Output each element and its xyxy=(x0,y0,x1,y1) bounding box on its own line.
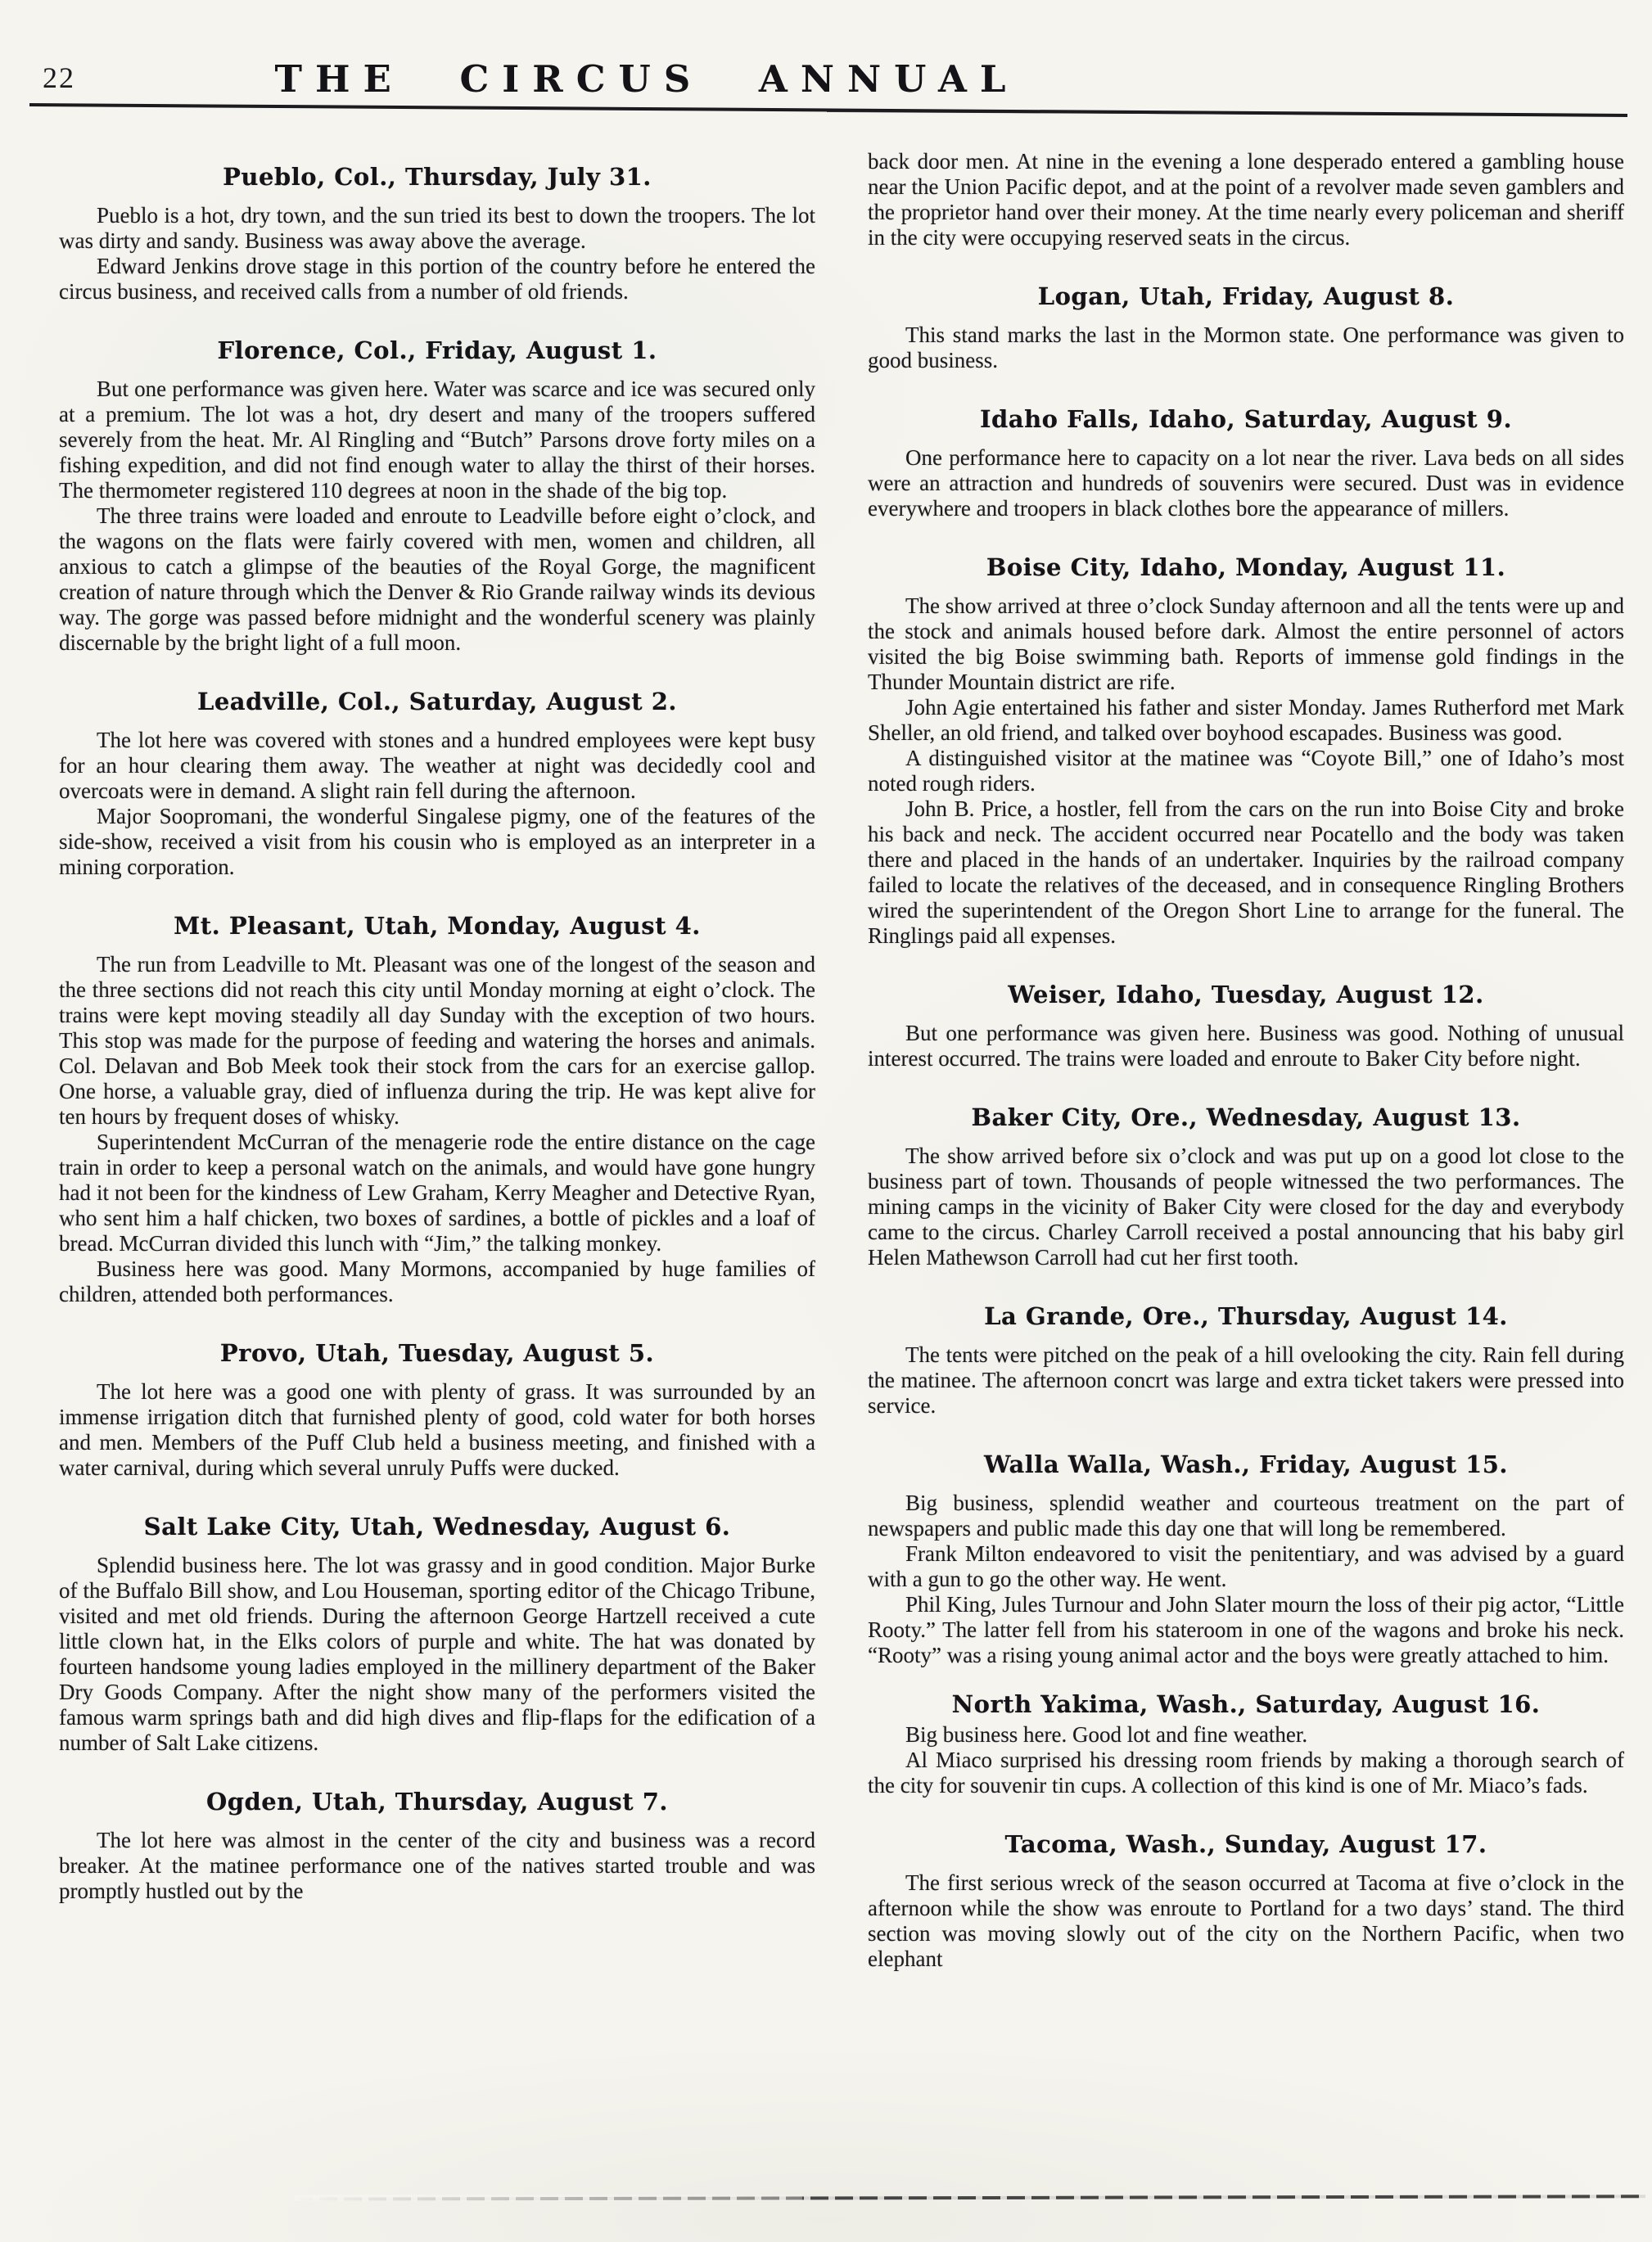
diary-section: Provo, Utah, Tuesday, August 5.The lot h… xyxy=(59,1338,815,1481)
paragraph: The run from Leadville to Mt. Pleasant w… xyxy=(59,952,815,1130)
section-heading: Salt Lake City, Utah, Wednesday, August … xyxy=(59,1512,815,1541)
section-heading: Provo, Utah, Tuesday, August 5. xyxy=(59,1338,815,1368)
section-heading: Pueblo, Col., Thursday, July 31. xyxy=(59,162,815,192)
scan-artifact-fade xyxy=(295,2195,802,2201)
paragraph: Splendid business here. The lot was gras… xyxy=(59,1553,815,1756)
paragraph: back door men. At nine in the evening a … xyxy=(868,149,1624,250)
paragraph: This stand marks the last in the Mormon … xyxy=(868,323,1624,373)
paragraph: Pueblo is a hot, dry town, and the sun t… xyxy=(59,203,815,254)
paragraph: Major Soopromani, the wonderful Singales… xyxy=(59,804,815,880)
section-heading: Logan, Utah, Friday, August 8. xyxy=(868,282,1624,311)
page-title: THE CIRCUS ANNUAL xyxy=(0,57,1293,101)
two-column-text-block: Pueblo, Col., Thursday, July 31.Pueblo i… xyxy=(0,129,1652,1972)
paragraph: The lot here was a good one with plenty … xyxy=(59,1379,815,1481)
section-heading: Idaho Falls, Idaho, Saturday, August 9. xyxy=(868,404,1624,434)
paragraph: A distinguished visitor at the matinee w… xyxy=(868,746,1624,796)
diary-section: Weiser, Idaho, Tuesday, August 12.But on… xyxy=(868,980,1624,1071)
section-heading: Mt. Pleasant, Utah, Monday, August 4. xyxy=(59,911,815,941)
paragraph: The show arrived before six o’clock and … xyxy=(868,1144,1624,1270)
paragraph: John Agie entertained his father and sis… xyxy=(868,695,1624,746)
diary-section: Florence, Col., Friday, August 1.But one… xyxy=(59,336,815,656)
paragraph: But one performance was given here. Wate… xyxy=(59,377,815,503)
diary-section: Leadville, Col., Saturday, August 2.The … xyxy=(59,687,815,880)
diary-section: Idaho Falls, Idaho, Saturday, August 9.O… xyxy=(868,404,1624,521)
diary-section: Tacoma, Wash., Sunday, August 17.The fir… xyxy=(868,1829,1624,1972)
paragraph: Superintendent McCurran of the menagerie… xyxy=(59,1130,815,1256)
section-heading: Weiser, Idaho, Tuesday, August 12. xyxy=(868,980,1624,1009)
section-heading: Baker City, Ore., Wednesday, August 13. xyxy=(868,1103,1624,1132)
section-heading: Ogden, Utah, Thursday, August 7. xyxy=(59,1787,815,1816)
section-heading: North Yakima, Wash., Saturday, August 16… xyxy=(868,1689,1624,1719)
paragraph: But one performance was given here. Busi… xyxy=(868,1021,1624,1071)
paragraph: Big business here. Good lot and fine wea… xyxy=(868,1722,1624,1748)
diary-section: North Yakima, Wash., Saturday, August 16… xyxy=(868,1689,1624,1798)
paragraph: The lot here was almost in the center of… xyxy=(59,1828,815,1904)
diary-section: Walla Walla, Wash., Friday, August 15.Bi… xyxy=(868,1450,1624,1668)
page-header: 22 THE CIRCUS ANNUAL xyxy=(0,0,1652,129)
diary-section: Baker City, Ore., Wednesday, August 13.T… xyxy=(868,1103,1624,1270)
paragraph: Business here was good. Many Mormons, ac… xyxy=(59,1256,815,1307)
diary-section: La Grande, Ore., Thursday, August 14.The… xyxy=(868,1301,1624,1419)
diary-section: Salt Lake City, Utah, Wednesday, August … xyxy=(59,1512,815,1756)
paragraph: The lot here was covered with stones and… xyxy=(59,728,815,804)
paragraph: The first serious wreck of the season oc… xyxy=(868,1870,1624,1972)
paragraph: Al Miaco surprised his dressing room fri… xyxy=(868,1748,1624,1798)
section-heading: Florence, Col., Friday, August 1. xyxy=(59,336,815,365)
diary-section: Mt. Pleasant, Utah, Monday, August 4.The… xyxy=(59,911,815,1307)
paragraph: One performance here to capacity on a lo… xyxy=(868,445,1624,521)
diary-section: back door men. At nine in the evening a … xyxy=(868,149,1624,250)
paragraph: Big business, splendid weather and court… xyxy=(868,1491,1624,1541)
diary-section: Pueblo, Col., Thursday, July 31.Pueblo i… xyxy=(59,162,815,304)
section-heading: Boise City, Idaho, Monday, August 11. xyxy=(868,553,1624,582)
paragraph: Frank Milton endeavored to visit the pen… xyxy=(868,1541,1624,1592)
paragraph: The three trains were loaded and enroute… xyxy=(59,503,815,656)
paragraph: Edward Jenkins drove stage in this porti… xyxy=(59,254,815,304)
section-heading: Leadville, Col., Saturday, August 2. xyxy=(59,687,815,716)
left-column: Pueblo, Col., Thursday, July 31.Pueblo i… xyxy=(59,149,815,1972)
paragraph: Phil King, Jules Turnour and John Slater… xyxy=(868,1592,1624,1668)
section-heading: Tacoma, Wash., Sunday, August 17. xyxy=(868,1829,1624,1859)
right-column: back door men. At nine in the evening a … xyxy=(868,149,1624,1972)
scanned-book-page: 22 THE CIRCUS ANNUAL Pueblo, Col., Thurs… xyxy=(0,0,1652,2242)
diary-section: Logan, Utah, Friday, August 8.This stand… xyxy=(868,282,1624,373)
diary-section: Ogden, Utah, Thursday, August 7.The lot … xyxy=(59,1787,815,1904)
section-heading: Walla Walla, Wash., Friday, August 15. xyxy=(868,1450,1624,1479)
paragraph: The tents were pitched on the peak of a … xyxy=(868,1342,1624,1419)
section-heading: La Grande, Ore., Thursday, August 14. xyxy=(868,1301,1624,1331)
diary-section: Boise City, Idaho, Monday, August 11.The… xyxy=(868,553,1624,949)
paragraph: John B. Price, a hostler, fell from the … xyxy=(868,796,1624,949)
paragraph: The show arrived at three o’clock Sunday… xyxy=(868,593,1624,695)
